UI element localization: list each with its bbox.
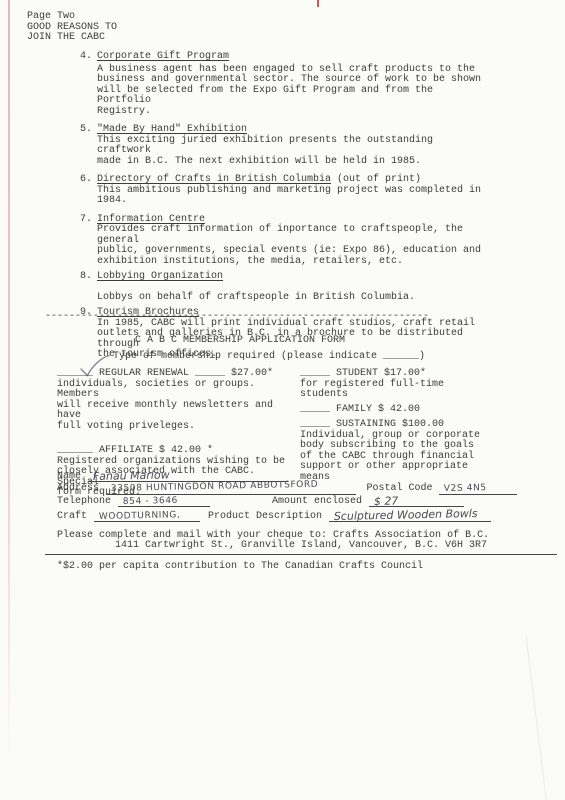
address-field-label: Address (57, 484, 99, 495)
item-title: Information Centre (97, 214, 205, 225)
telephone-field-line: 854 - 3646 (118, 495, 210, 507)
handwritten-name-value: Fanau Marlow (93, 470, 170, 482)
item-title: Directory of Crafts in British Columbia (97, 174, 331, 185)
name-field-label: Name (57, 472, 81, 483)
form-subtitle: Type of membership required (please indi… (113, 352, 425, 363)
footnote: *$2.00 per capita contribution to The Ca… (57, 562, 423, 573)
handwritten-amount-value: $ 27 (374, 496, 399, 507)
item-title: Lobbying Organization (97, 271, 223, 282)
item-number: 4. (80, 52, 97, 117)
item-title-suffix: (out of print) (331, 174, 421, 185)
mailing-address-line: 1411 Cartwright St., Granville Island, V… (45, 541, 557, 555)
option-label: _____ FAMILY $ 42.00 (300, 405, 525, 416)
item-body: This ambitious publishing and marketing … (97, 186, 490, 207)
scanned-document-page: Page Two GOOD REASONS TO JOIN THE CABC 4… (0, 0, 565, 800)
list-item: 8. Lobbying Organization Lobbys on behal… (80, 272, 490, 303)
item-body: Provides craft information of inportance… (97, 225, 490, 267)
item-body: This exciting juried exhibition presents… (97, 136, 490, 168)
mailing-address-text: 1411 Cartwright St., Granville Island, V… (115, 540, 487, 551)
option-label: _____ SUSTAINING $100.00 (300, 420, 525, 431)
form-fields: Name Fanau Marlow Address 33508 HUNTINGD… (57, 471, 517, 524)
craft-field-label: Craft (57, 512, 87, 523)
option-description: individuals, societies or groups. Member… (57, 380, 300, 433)
list-item: 4. Corporate Gift Program A business age… (80, 52, 490, 117)
membership-option-family: _____ FAMILY $ 42.00 (300, 405, 525, 416)
item-number: 5. (80, 125, 97, 167)
option-label: ______ AFFILIATE $ 42.00 * (57, 446, 300, 457)
scan-edge-line (8, 0, 10, 760)
handwritten-telephone-value: 854 - 3646 (123, 495, 178, 507)
item-number: 8. (80, 272, 97, 303)
postal-code-label: Postal Code (366, 484, 432, 495)
scan-red-tick (317, 0, 319, 7)
item-title: "Made By Hand" Exhibition (97, 124, 247, 135)
list-item: 7. Information Centre Provides craft inf… (80, 215, 490, 268)
amount-enclosed-label: Amount enclosed (272, 497, 362, 508)
list-item: 6. Directory of Crafts in British Columb… (80, 175, 490, 207)
option-label: _____ STUDENT $17.00* (300, 369, 525, 380)
address-field-line: 33508 HUNTINGDON ROAD ABBOTSFORD (106, 483, 356, 495)
item-number: 6. (80, 175, 97, 207)
handwritten-postal-value: V2S 4N5 (444, 483, 487, 494)
item-title: Corporate Gift Program (97, 51, 229, 62)
craft-field-row: Craft WOODTURNING, Product Description S… (57, 511, 517, 522)
handwritten-address-value: 33508 HUNTINGDON ROAD ABBOTSFORD (111, 480, 319, 495)
option-description: for registered full-time students (300, 380, 525, 401)
membership-option-student: _____ STUDENT $17.00* for registered ful… (300, 369, 525, 401)
handwritten-product-value: Sculptured Wooden Bowls (334, 508, 478, 522)
item-body: Lobbys on behalf of craftspeople in Brit… (97, 293, 490, 304)
item-number: 7. (80, 215, 97, 268)
dashed-divider: ----------------------------------------… (45, 312, 429, 323)
telephone-field-row: Telephone 854 - 3646 Amount enclosed $ 2… (57, 496, 517, 507)
list-item: 5. "Made By Hand" Exhibition This exciti… (80, 125, 490, 167)
handwritten-craft-value: WOODTURNING, (99, 510, 181, 522)
craft-field-line: WOODTURNING, (94, 510, 200, 522)
option-label: ______ REGULAR RENEWAL _____ $27.00* (57, 369, 300, 380)
product-description-label: Product Description (208, 512, 322, 523)
telephone-field-label: Telephone (57, 497, 111, 508)
item-body: A business agent has been engaged to sel… (97, 65, 490, 118)
amount-enclosed-line: $ 27 (369, 495, 464, 507)
form-title: C A B C MEMBERSHIP APPLICATION FORM (135, 336, 345, 347)
postal-code-line: V2S 4N5 (439, 483, 517, 495)
membership-option-regular: ______ REGULAR RENEWAL _____ $27.00* ind… (57, 369, 300, 432)
product-description-line: Sculptured Wooden Bowls (329, 510, 491, 522)
page-header: Page Two GOOD REASONS TO JOIN THE CABC (27, 12, 117, 44)
address-field-row: Address 33508 HUNTINGDON ROAD ABBOTSFORD… (57, 484, 517, 495)
scan-crease-line (526, 637, 548, 800)
